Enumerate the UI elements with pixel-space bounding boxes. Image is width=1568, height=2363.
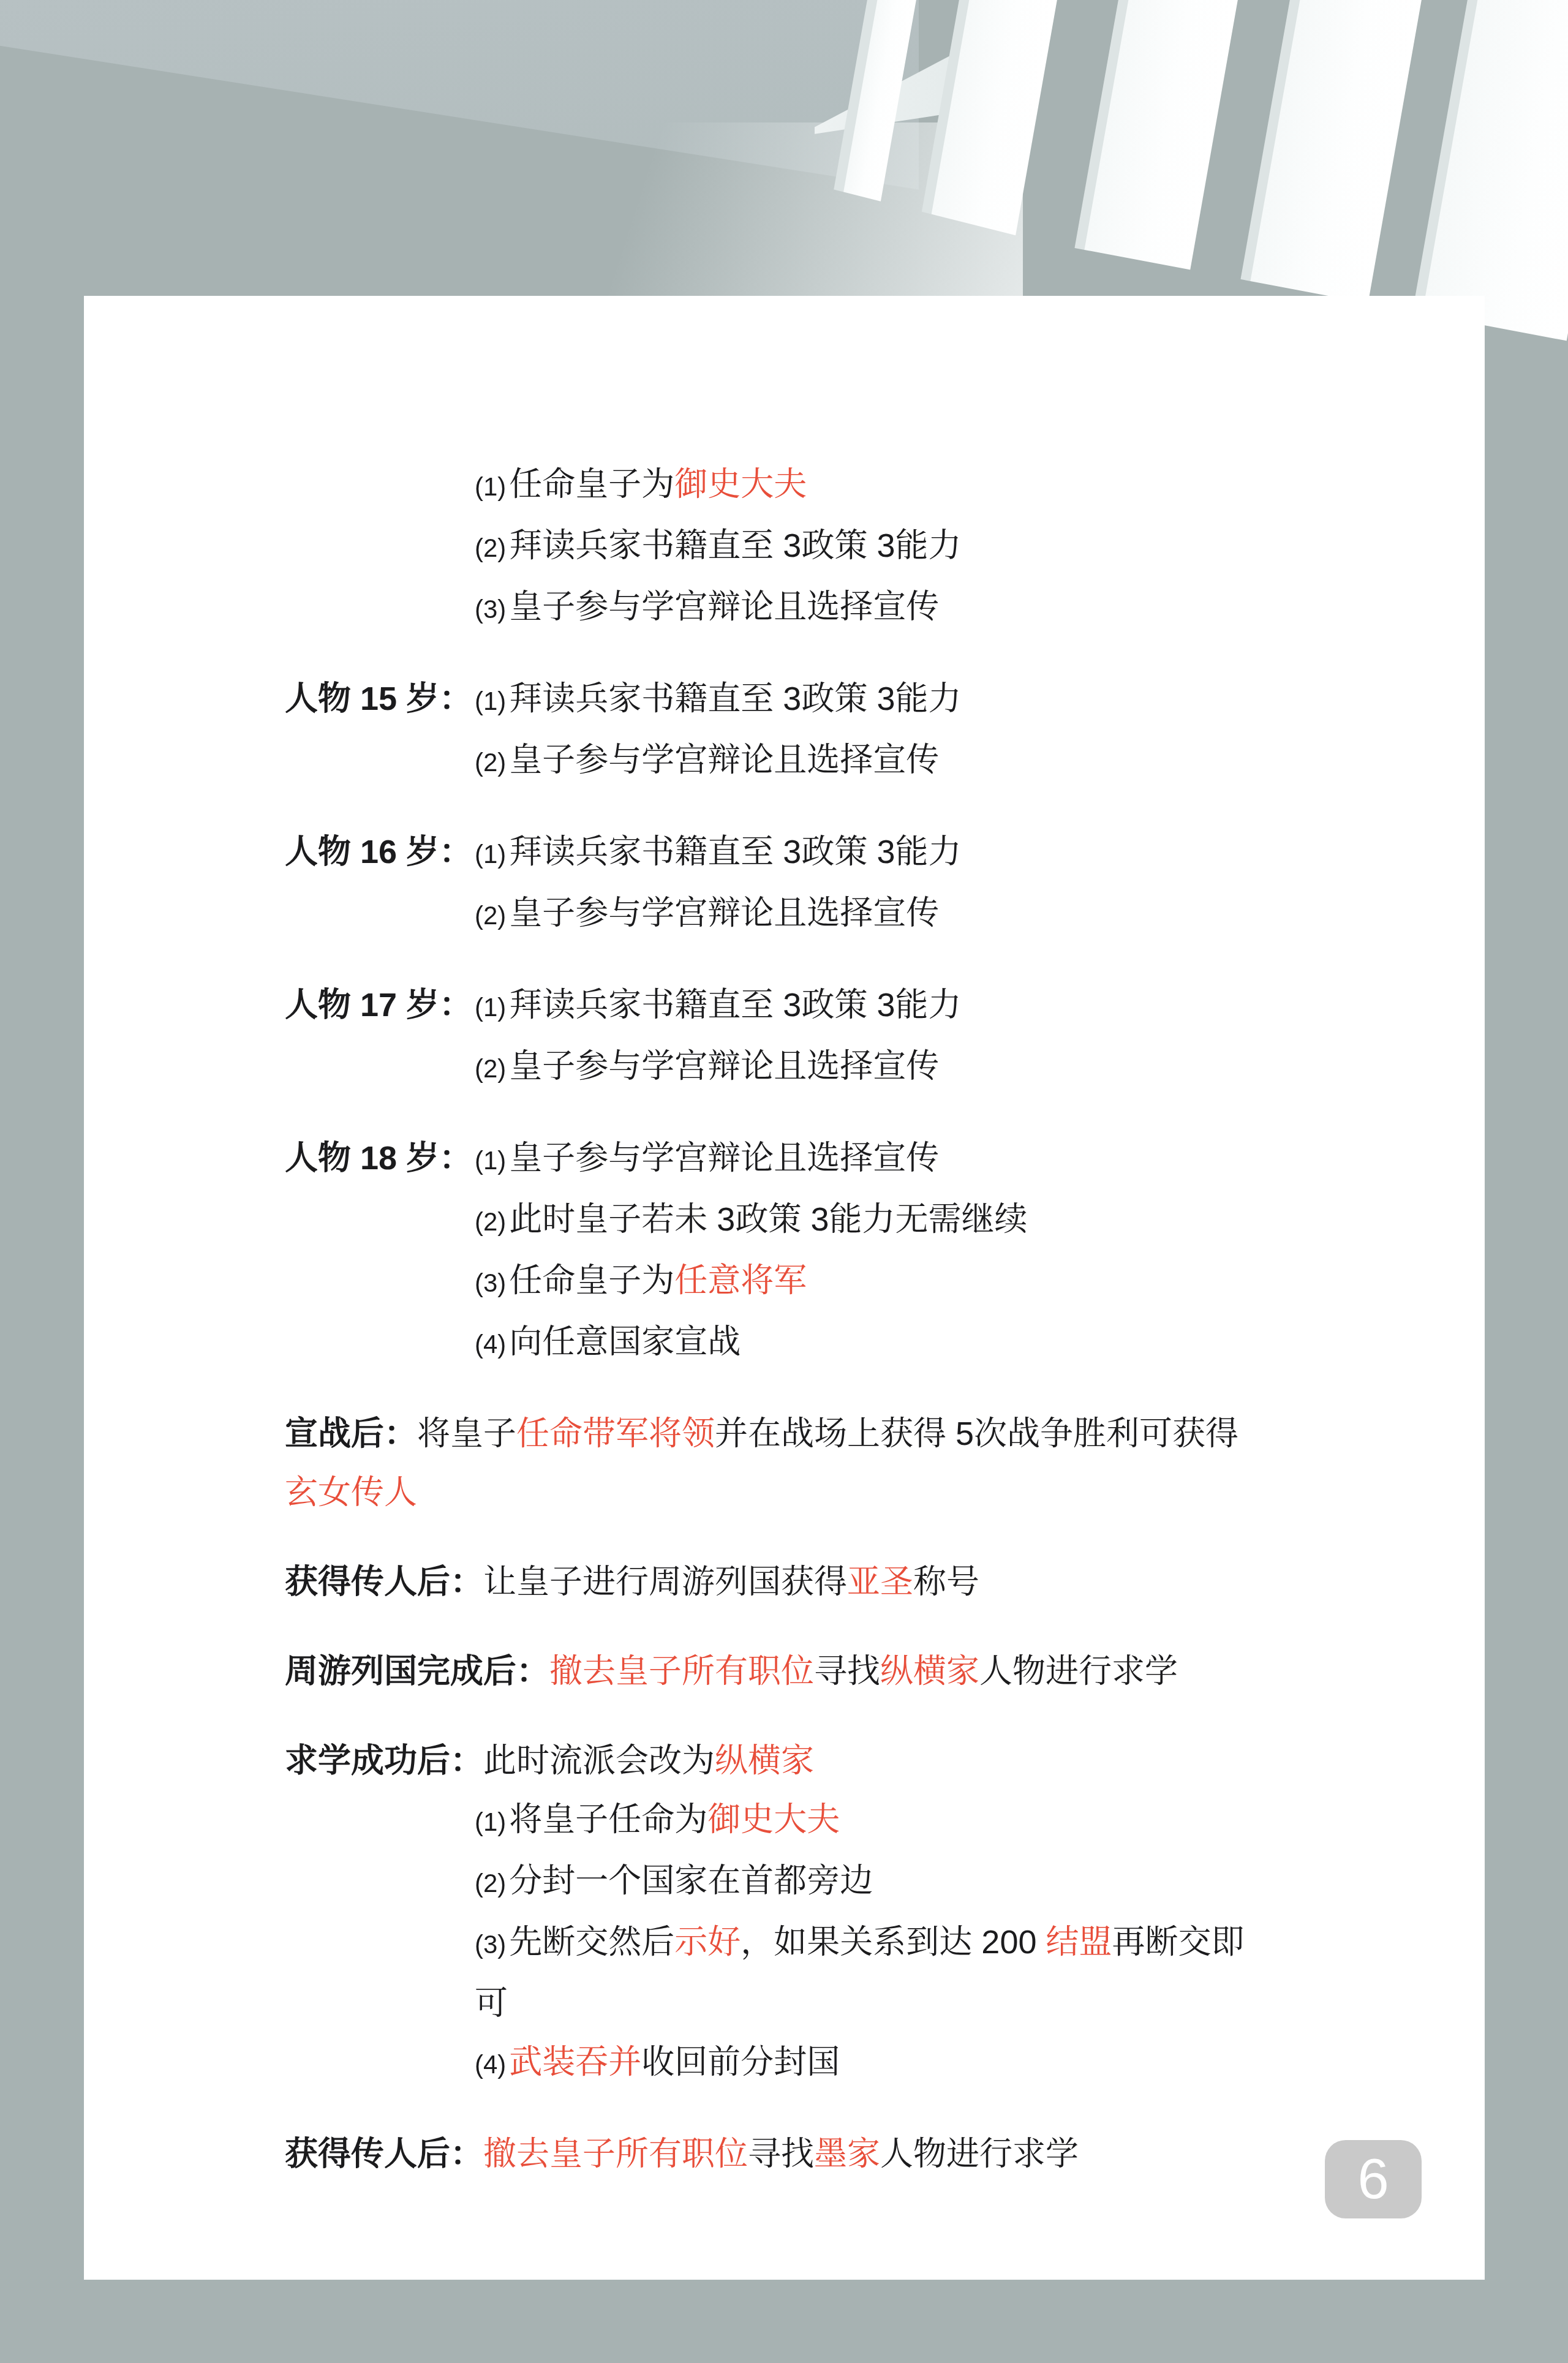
text-line: (4)向任意国家宣战 (475, 1313, 1265, 1374)
text-segment: 此时皇子若未 3政策 3能力无需继续 (509, 1201, 1027, 1238)
text-line: 人物 18 岁：(1)皇子参与学宫辩论且选择宣传 (285, 1129, 1265, 1190)
text-line: (1)任命皇子为御史大夫 (475, 455, 1265, 516)
text-line: (2)分封一个国家在首都旁边 (475, 1852, 1265, 1913)
block-header: 获得传人后： (285, 2136, 483, 2173)
block-header: 宣战后： (285, 1415, 417, 1452)
item-marker: (1) (475, 840, 506, 869)
item-marker: (1) (475, 687, 506, 715)
text-line: 人物 15 岁：(1)拜读兵家书籍直至 3政策 3能力 (285, 669, 1265, 731)
text-line: (3)皇子参与学宫辩论且选择宣传 (475, 578, 1265, 639)
block-header: 人物 15 岁： (285, 669, 475, 728)
block-header: 人物 16 岁： (285, 823, 475, 881)
item-marker: (2) (475, 1869, 506, 1898)
text-line: (1)将皇子任命为御史大夫 (475, 1790, 1265, 1852)
text-segment: 将皇子 (417, 1415, 516, 1452)
text-block: 人物 17 岁：(1)拜读兵家书籍直至 3政策 3能力(2)皇子参与学宫辩论且选… (285, 976, 1265, 1098)
text-block: 宣战后：将皇子任命带军将领并在战场上获得 5次战争胜利可获得玄女传人 (285, 1404, 1265, 1522)
text-line: 人物 17 岁：(1)拜读兵家书籍直至 3政策 3能力 (285, 976, 1265, 1037)
text-block: 求学成功后：此时流派会改为纵横家(1)将皇子任命为御史大夫(2)分封一个国家在首… (285, 1732, 1265, 2094)
item-marker: (1) (475, 472, 506, 501)
text-segment: 将皇子任命为 (509, 1801, 707, 1838)
text-line: (2)皇子参与学宫辩论且选择宣传 (475, 884, 1265, 945)
text-segment: 并在战场上获得 5次战争胜利可获得 (715, 1415, 1238, 1452)
item-marker: (1) (475, 1807, 506, 1836)
text-segment: 任命皇子为 (509, 466, 674, 503)
page-card: (1)任命皇子为御史大夫(2)拜读兵家书籍直至 3政策 3能力(3)皇子参与学宫… (84, 296, 1485, 2280)
text-segment: 分封一个国家在首都旁边 (509, 1863, 873, 1899)
text-segment: 拜读兵家书籍直至 3政策 3能力 (509, 834, 961, 870)
text-segment: 拜读兵家书籍直至 3政策 3能力 (509, 987, 961, 1023)
highlight-segment: 玄女传人 (285, 1474, 417, 1511)
paragraph: 周游列国完成后：撤去皇子所有职位寻找纵横家人物进行求学 (285, 1642, 1265, 1701)
text-segment: 称号 (913, 1564, 979, 1600)
text-line: (3)任命皇子为任意将军 (475, 1251, 1265, 1313)
highlight-segment: 示好 (674, 1924, 741, 1961)
text-line: 求学成功后：此时流派会改为纵横家 (285, 1732, 1265, 1790)
item-marker: (3) (475, 1268, 506, 1297)
block-header: 获得传人后： (285, 1564, 483, 1600)
text-segment: 皇子参与学宫辩论且选择宣传 (509, 742, 939, 778)
highlight-segment: 武装吞并 (509, 2044, 641, 2081)
paragraph: 获得传人后：让皇子进行周游列国获得亚圣称号 (285, 1553, 1265, 1611)
text-segment: 皇子参与学宫辩论且选择宣传 (509, 895, 939, 932)
text-block: 周游列国完成后：撤去皇子所有职位寻找纵横家人物进行求学 (285, 1642, 1265, 1701)
item-marker: (2) (475, 533, 506, 562)
text-block: 获得传人后：让皇子进行周游列国获得亚圣称号 (285, 1553, 1265, 1611)
text-line: 人物 16 岁：(1)拜读兵家书籍直至 3政策 3能力 (285, 823, 1265, 884)
item-marker: (3) (475, 595, 506, 624)
text-block: 人物 16 岁：(1)拜读兵家书籍直至 3政策 3能力(2)皇子参与学宫辩论且选… (285, 823, 1265, 945)
highlight-segment: 撤去皇子所有职位 (483, 2136, 748, 2173)
text-segment: 寻找 (814, 1653, 880, 1690)
text-segment: 寻找 (748, 2136, 814, 2173)
block-header: 求学成功后： (285, 1743, 483, 1779)
block-header: 人物 17 岁： (285, 976, 475, 1035)
text-line: (3)先断交然后示好，如果关系到达 200 结盟再断交即可 (475, 1913, 1265, 2033)
text-segment: 收回前分封国 (641, 2044, 840, 2081)
text-segment: 此时流派会改为 (483, 1743, 715, 1779)
text-segment: 人物进行求学 (979, 1653, 1178, 1690)
paragraph: 获得传人后：撤去皇子所有职位寻找墨家人物进行求学 (285, 2125, 1265, 2184)
text-line: (2)皇子参与学宫辩论且选择宣传 (475, 731, 1265, 792)
text-segment: 拜读兵家书籍直至 3政策 3能力 (509, 680, 961, 717)
page-number-badge: 6 (1325, 2140, 1422, 2218)
text-line: (2)拜读兵家书籍直至 3政策 3能力 (475, 516, 1265, 578)
page-content: (1)任命皇子为御史大夫(2)拜读兵家书籍直至 3政策 3能力(3)皇子参与学宫… (285, 455, 1265, 2184)
highlight-segment: 结盟 (1046, 1924, 1112, 1961)
text-segment: 向任意国家宣战 (509, 1324, 741, 1360)
highlight-segment: 御史大夫 (674, 466, 807, 503)
text-segment: 皇子参与学宫辩论且选择宣传 (509, 589, 939, 625)
text-segment: 拜读兵家书籍直至 3政策 3能力 (509, 527, 961, 564)
text-segment: 让皇子进行周游列国获得 (483, 1564, 847, 1600)
text-segment: 任命皇子为 (509, 1262, 674, 1299)
text-segment: 人物进行求学 (880, 2136, 1079, 2173)
highlight-segment: 撤去皇子所有职位 (549, 1653, 814, 1690)
highlight-segment: 墨家 (814, 2136, 880, 2173)
item-marker: (3) (475, 1930, 506, 1959)
item-marker: (1) (475, 1146, 506, 1175)
block-header: 周游列国完成后： (285, 1653, 549, 1690)
text-line: (4)武装吞并收回前分封国 (475, 2033, 1265, 2094)
highlight-segment: 纵横家 (880, 1653, 979, 1690)
text-line: (2)此时皇子若未 3政策 3能力无需继续 (475, 1190, 1265, 1251)
text-segment: 皇子参与学宫辩论且选择宣传 (509, 1048, 939, 1085)
page-number: 6 (1357, 2151, 1389, 2207)
text-block: 获得传人后：撤去皇子所有职位寻找墨家人物进行求学 (285, 2125, 1265, 2184)
highlight-segment: 亚圣 (847, 1564, 913, 1600)
highlight-segment: 御史大夫 (707, 1801, 840, 1838)
block-header: 人物 18 岁： (285, 1129, 475, 1188)
item-marker: (2) (475, 1207, 506, 1236)
highlight-segment: 任命带军将领 (516, 1415, 715, 1452)
text-segment: 先断交然后 (509, 1924, 674, 1961)
text-segment: 皇子参与学宫辩论且选择宣传 (509, 1140, 939, 1177)
text-line: (2)皇子参与学宫辩论且选择宣传 (475, 1037, 1265, 1098)
item-marker: (4) (475, 2050, 506, 2079)
text-segment: ，如果关系到达 200 (741, 1924, 1046, 1961)
item-marker: (2) (475, 748, 506, 777)
paragraph: 宣战后：将皇子任命带军将领并在战场上获得 5次战争胜利可获得玄女传人 (285, 1404, 1265, 1522)
highlight-segment: 任意将军 (674, 1262, 807, 1299)
item-marker: (2) (475, 901, 506, 930)
text-block: (1)任命皇子为御史大夫(2)拜读兵家书籍直至 3政策 3能力(3)皇子参与学宫… (285, 455, 1265, 639)
highlight-segment: 纵横家 (715, 1743, 814, 1779)
text-block: 人物 15 岁：(1)拜读兵家书籍直至 3政策 3能力(2)皇子参与学宫辩论且选… (285, 669, 1265, 792)
text-block: 人物 18 岁：(1)皇子参与学宫辩论且选择宣传(2)此时皇子若未 3政策 3能… (285, 1129, 1265, 1374)
item-marker: (4) (475, 1330, 506, 1359)
item-marker: (2) (475, 1054, 506, 1083)
item-marker: (1) (475, 993, 506, 1022)
